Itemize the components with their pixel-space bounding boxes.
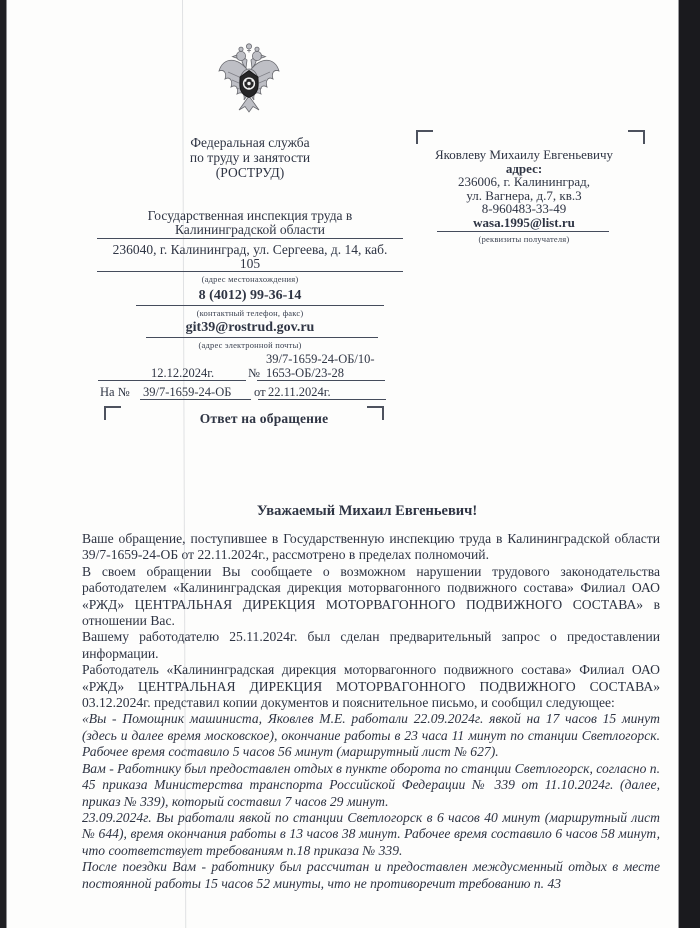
sender-address-caption: (адрес местонахождения) xyxy=(95,274,405,284)
body-paragraph-quote: Вам - Работнику был предоставлен отдых в… xyxy=(82,761,660,810)
reference-rule xyxy=(258,399,386,400)
recipient-address-line: 236006, г. Калининград, xyxy=(404,175,644,189)
sender-phone-caption: (контактный телефон, факс) xyxy=(95,308,405,318)
body-paragraph-quote: «Вы - Помощник машиниста, Яковлев М.Е. р… xyxy=(82,711,660,760)
scan-border-right xyxy=(678,0,700,928)
sender-service-line: (РОСТРУД) xyxy=(150,165,350,180)
letterhead-rule xyxy=(97,271,403,272)
recipient-phone: 8-960483-33-49 xyxy=(404,202,644,216)
body-paragraph-quote: После поездки Вам - работнику был рассчи… xyxy=(82,859,660,892)
recipient-rule xyxy=(437,231,609,232)
sender-inspection-line: Государственная инспекция труда в xyxy=(95,209,405,223)
outgoing-number-line2: 1653-ОБ/23-28 xyxy=(266,366,344,380)
letterhead-rule xyxy=(146,337,378,338)
letterhead-rule xyxy=(136,305,384,306)
reference-rule xyxy=(140,399,251,400)
recipient-address-label: адрес: xyxy=(404,162,644,176)
greeting: Уважаемый Михаил Евгеньевич! xyxy=(82,503,652,520)
scan-border-left xyxy=(0,0,7,928)
sender-service-line: Федеральная служба xyxy=(150,135,350,150)
subject-line: Ответ на обращение xyxy=(119,411,409,427)
sender-service-line: по труду и занятости xyxy=(150,150,350,165)
reference-rule xyxy=(257,380,385,381)
sender-inspection-line: Калининградской области xyxy=(95,223,405,237)
letter-body: Ваше обращение, поступившее в Государств… xyxy=(82,531,660,892)
incoming-label: На № xyxy=(100,385,130,399)
sender-email: git39@rostrud.gov.ru xyxy=(95,320,405,336)
corner-mark xyxy=(628,130,645,144)
sender-email-caption: (адрес электронной почты) xyxy=(95,340,405,350)
recipient-name: Яковлеву Михаилу Евгеньевичу xyxy=(404,148,644,162)
sender-address-line: 236040, г. Калининград, ул. Сергеева, д.… xyxy=(95,243,405,257)
body-paragraph-quote: 23.09.2024г. Вы работали явкой по станци… xyxy=(82,810,660,859)
body-paragraph: Вашему работодателю 25.11.2024г. был сде… xyxy=(82,629,660,662)
body-paragraph: Работодатель «Калининградская дирекция м… xyxy=(82,662,660,711)
scanned-letter-page: Федеральная служба по труду и занятости … xyxy=(0,0,700,928)
recipient-email: wasa.1995@list.ru xyxy=(404,216,644,230)
letterhead-rule xyxy=(97,238,403,239)
number-sign: № xyxy=(248,366,260,380)
recipient-caption: (реквизиты получателя) xyxy=(404,234,644,244)
sender-phone: 8 (4012) 99-36-14 xyxy=(95,288,405,304)
reference-rule xyxy=(98,380,246,381)
corner-mark xyxy=(416,130,433,144)
incoming-number: 39/7-1659-24-ОБ xyxy=(143,385,231,399)
body-paragraph: Ваше обращение, поступившее в Государств… xyxy=(82,531,660,564)
outgoing-number-line1: 39/7-1659-24-ОБ/10- xyxy=(266,352,375,366)
from-label: от xyxy=(254,385,266,399)
coat-of-arms-icon xyxy=(216,42,282,114)
body-paragraph: В своем обращении Вы сообщаете о возможн… xyxy=(82,564,660,630)
sender-address-line: 105 xyxy=(95,257,405,271)
incoming-date: 22.11.2024г. xyxy=(268,385,331,399)
recipient-address-line: ул. Вагнера, д.7, кв.3 xyxy=(404,189,644,203)
outgoing-date: 12.12.2024г. xyxy=(151,366,214,380)
